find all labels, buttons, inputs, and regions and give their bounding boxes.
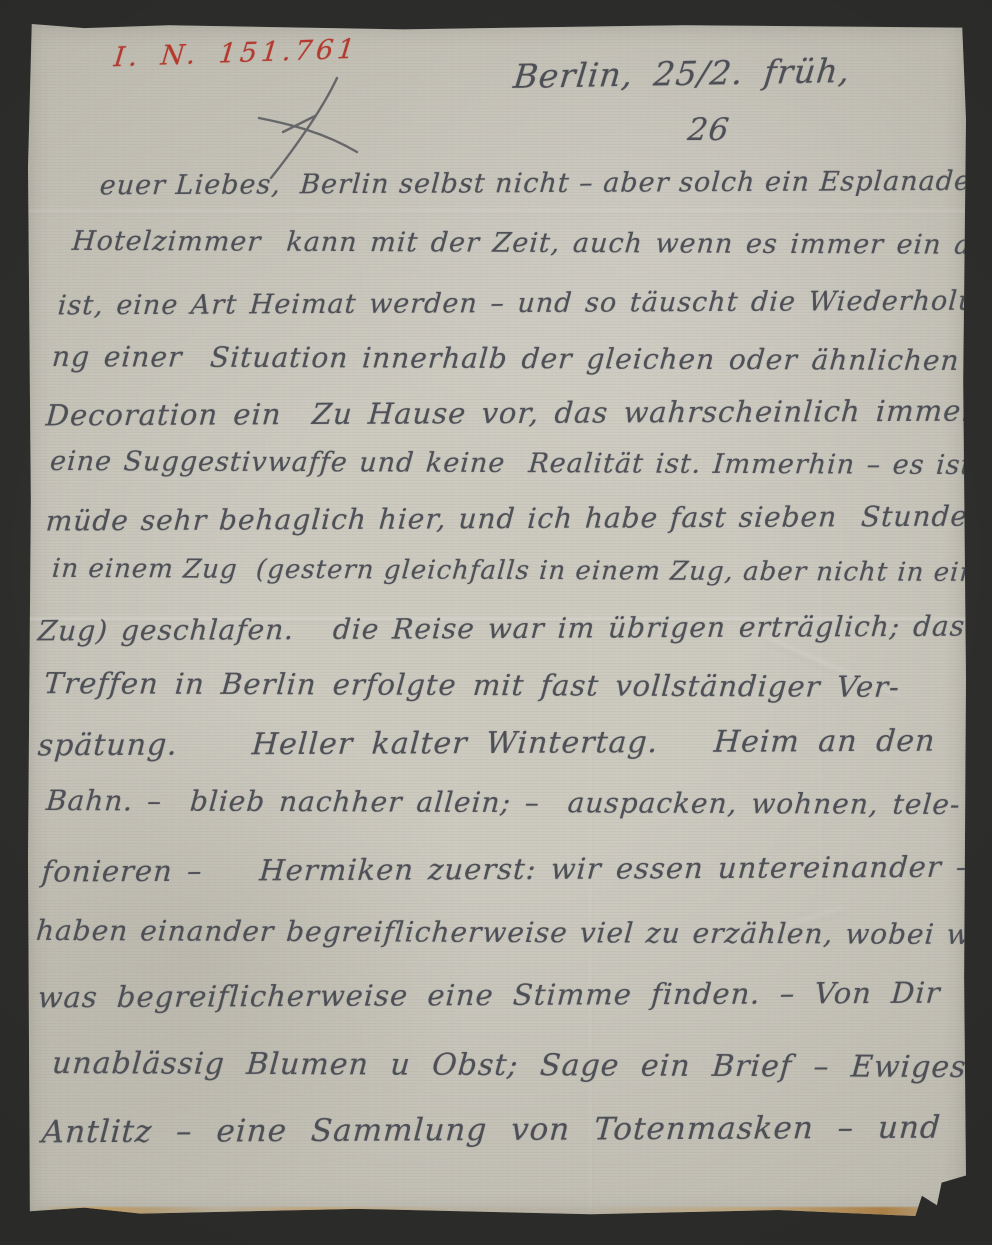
letter-line: ng einer Situation innerhalb der gleiche… bbox=[51, 340, 961, 377]
letter-line: Decoration ein Zu Hause vor, das wahrsch… bbox=[45, 394, 978, 433]
letter-line: Bahn. – blieb nachher allein; – auspacke… bbox=[45, 784, 962, 821]
letter-line: Zug) geschlafen. die Reise war im übrige… bbox=[37, 610, 967, 648]
letter-line: müde sehr behaglich hier, und ich habe f… bbox=[45, 500, 988, 538]
letter-line: was begreiflicherweise eine Stimme finde… bbox=[37, 976, 942, 1015]
letter-line: haben einander begreiflicherweise viel z… bbox=[35, 914, 992, 951]
letter-line: fonieren – Hermiken zuerst: wir essen un… bbox=[41, 849, 992, 888]
letter-body: euer Liebes, Berlin selbst nicht – aber … bbox=[28, 24, 966, 1216]
scan-background: I. N. 151.761 Berlin, 25/2. früh, 26 eue… bbox=[0, 0, 992, 1245]
letter-line: in einem Zug (gestern gleichfalls in ein… bbox=[51, 554, 992, 588]
letter-line: Hotelzimmer kann mit der Zeit, auch wenn… bbox=[71, 226, 992, 261]
letter-line: spätung. Heller kalter Wintertag. Heim a… bbox=[37, 724, 937, 764]
letter-page: I. N. 151.761 Berlin, 25/2. früh, 26 eue… bbox=[28, 24, 966, 1216]
letter-line: eine Suggestivwaffe und keine Realität i… bbox=[49, 446, 974, 481]
letter-line: ist, eine Art Heimat werden – und so täu… bbox=[57, 286, 988, 322]
letter-line: Antlitz – eine Sammlung von Totenmasken … bbox=[41, 1110, 942, 1151]
letter-line: Treffen in Berlin erfolgte mit fast voll… bbox=[43, 666, 901, 704]
letter-line: unablässig Blumen u Obst; Sage ein Brief… bbox=[51, 1046, 968, 1085]
letter-line: euer Liebes, Berlin selbst nicht – aber … bbox=[99, 166, 992, 202]
